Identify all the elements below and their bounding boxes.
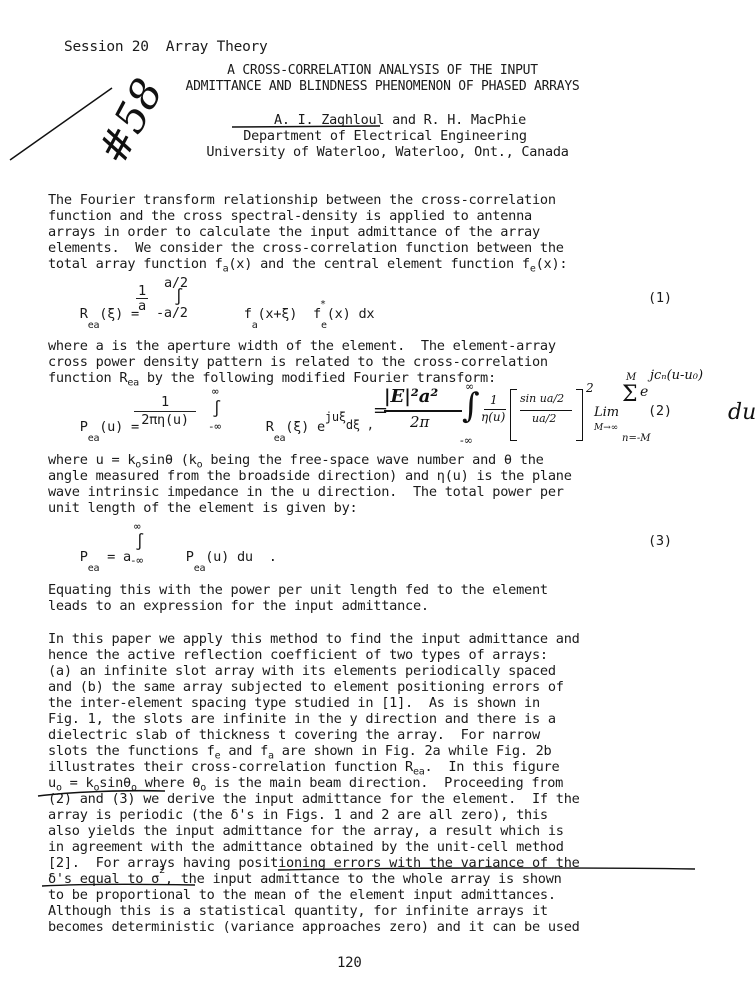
variance-underline <box>278 868 695 870</box>
handwritten-marks <box>0 0 755 1000</box>
sigma-underline <box>42 884 195 886</box>
uo-underline <box>38 791 165 796</box>
margin-slash <box>10 88 112 160</box>
author-underline <box>232 126 380 127</box>
